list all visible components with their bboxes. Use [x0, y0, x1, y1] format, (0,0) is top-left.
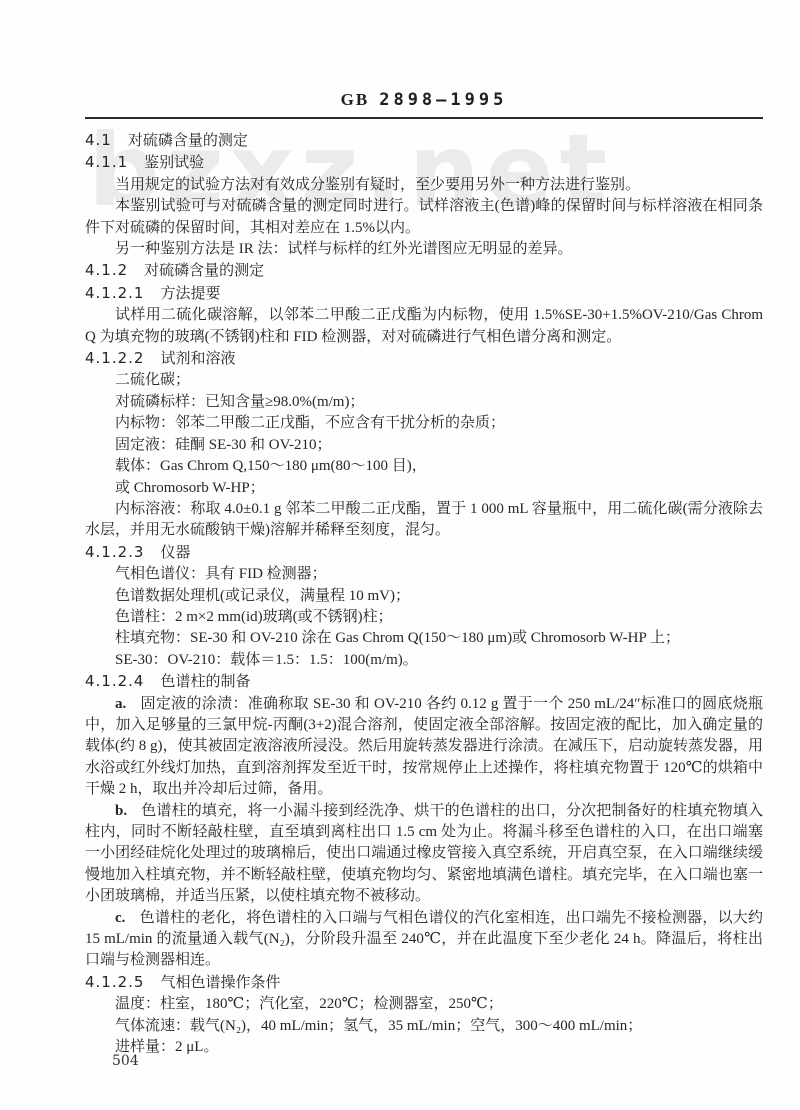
section-title: 试剂和溶液 [160, 351, 235, 367]
list-item-label: b. [115, 803, 127, 819]
section-number: 4.1.2.2 [85, 349, 144, 367]
standard-code-number: 2898—1995 [379, 90, 507, 110]
paragraph: b.色谱柱的填充，将一小漏斗接到经洗净、烘干的色谱柱的出口，分次把制备好的柱填充… [85, 801, 763, 908]
standard-code-header: GB2898—1995 [85, 90, 763, 110]
list-item-label: a. [115, 696, 126, 712]
paragraph: 载体：Gas Chrom Q,150～180 μm(80～100 目)， [85, 456, 763, 477]
paragraph: 另一种鉴别方法是 IR 法：试样与标样的红外光谱图应无明显的差异。 [85, 239, 763, 260]
paragraph: 柱填充物：SE-30 和 OV-210 涂在 Gas Chrom Q(150～1… [85, 628, 763, 649]
paragraph: 温度：柱室，180℃；汽化室，220℃；检测器室，250℃； [85, 994, 763, 1015]
section-heading: 4.1.1鉴别试验 [85, 152, 763, 174]
paragraph: 进样量：2 μL。 [85, 1037, 763, 1058]
section-heading: 4.1.2.2试剂和溶液 [85, 348, 763, 370]
section-title: 对硫磷含量的测定 [144, 263, 264, 279]
paragraph: a.固定液的涂渍：准确称取 SE-30 和 OV-210 各约 0.12 g 置… [85, 694, 763, 801]
paragraph: 气体流速：载气(N₂)，40 mL/min；氢气，35 mL/min；空气，30… [85, 1016, 763, 1037]
section-title: 鉴别试验 [144, 155, 204, 171]
section-title: 气相色谱操作条件 [160, 975, 280, 991]
paragraph: 气相色谱仪：具有 FID 检测器； [85, 564, 763, 585]
header-rule [85, 117, 763, 119]
paragraph: c.色谱柱的老化，将色谱柱的入口端与气相色谱仪的汽化室相连，出口端先不接检测器，… [85, 908, 763, 972]
document-body: 4.1对硫磷含量的测定4.1.1鉴别试验当用规定的试验方法对有效成分鉴别有疑时，… [85, 130, 763, 1058]
section-title: 色谱柱的制备 [160, 674, 250, 690]
paragraph: 内标物：邻苯二甲酸二正戊酯，不应含有干扰分析的杂质； [85, 413, 763, 434]
section-number: 4.1.2 [85, 261, 128, 279]
paragraph: 本鉴别试验可与对硫磷含量的测定同时进行。试样溶液主(色谱)峰的保留时间与标样溶液… [85, 196, 763, 239]
section-number: 4.1.2.3 [85, 543, 144, 561]
section-heading: 4.1对硫磷含量的测定 [85, 130, 763, 152]
paragraph: 当用规定的试验方法对有效成分鉴别有疑时，至少要用另外一种方法进行鉴别。 [85, 175, 763, 196]
section-heading: 4.1.2.1方法提要 [85, 283, 763, 305]
section-number: 4.1 [85, 131, 112, 149]
section-number: 4.1.2.1 [85, 284, 144, 302]
paragraph: 色谱数据处理机(或记录仪，满量程 10 mV)； [85, 586, 763, 607]
paragraph: 对硫磷标样：已知含量≥98.0%(m/m)； [85, 392, 763, 413]
page-number: 504 [112, 1053, 139, 1069]
paragraph: 试样用二硫化碳溶解，以邻苯二甲酸二正戊酯为内标物，使用 1.5%SE-30+1.… [85, 305, 763, 348]
paragraph: 二硫化碳； [85, 370, 763, 391]
section-heading: 4.1.2.5气相色谱操作条件 [85, 972, 763, 994]
section-number: 4.1.2.5 [85, 973, 144, 991]
section-heading: 4.1.2.4色谱柱的制备 [85, 671, 763, 693]
scanned-document-page: bzxz.net GB2898—1995 4.1对硫磷含量的测定4.1.1鉴别试… [0, 0, 800, 1110]
section-number: 4.1.2.4 [85, 672, 144, 690]
section-heading: 4.1.2对硫磷含量的测定 [85, 260, 763, 282]
standard-code-prefix: GB [341, 90, 370, 109]
paragraph: 色谱柱：2 m×2 mm(id)玻璃(或不锈钢)柱； [85, 607, 763, 628]
list-item-label: c. [115, 910, 125, 926]
paragraph: SE-30：OV-210：载体＝1.5：1.5：100(m/m)。 [85, 650, 763, 671]
section-heading: 4.1.2.3仪器 [85, 542, 763, 564]
page-content: GB2898—1995 4.1对硫磷含量的测定4.1.1鉴别试验当用规定的试验方… [85, 0, 763, 1058]
paragraph: 或 Chromosorb W-HP； [85, 478, 763, 499]
section-title: 仪器 [160, 545, 190, 561]
section-number: 4.1.1 [85, 153, 128, 171]
paragraph: 固定液：硅酮 SE-30 和 OV-210； [85, 435, 763, 456]
paragraph: 内标溶液：称取 4.0±0.1 g 邻苯二甲酸二正戊酯，置于 1 000 mL … [85, 499, 763, 542]
section-title: 方法提要 [160, 286, 220, 302]
section-title: 对硫磷含量的测定 [128, 133, 248, 149]
